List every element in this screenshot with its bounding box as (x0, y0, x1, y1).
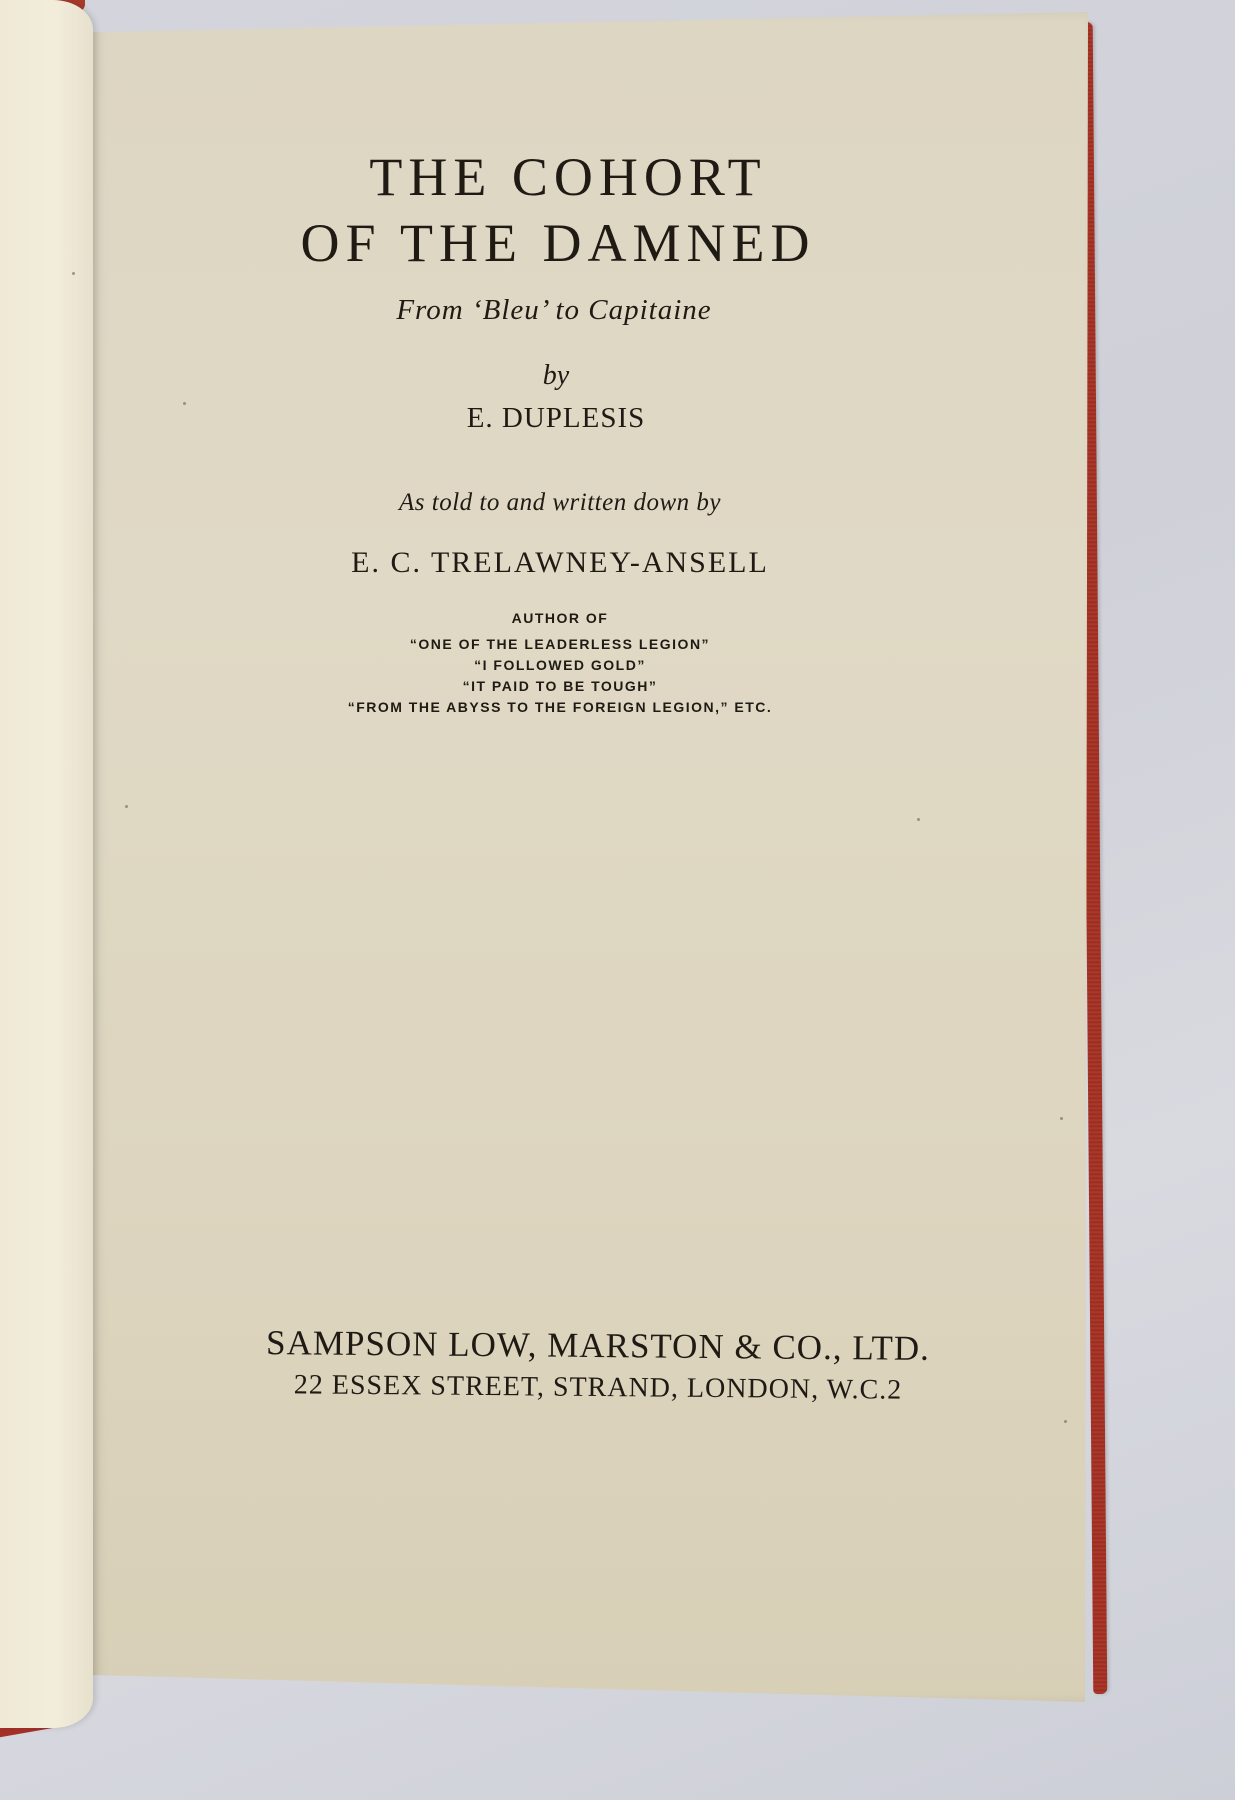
author-name: E. DUPLESIS (58, 402, 1054, 435)
paper-speck (125, 805, 128, 808)
as-told-label: As told to and written down by (62, 489, 1058, 517)
book-title-line-2: OF THE DAMNED (60, 216, 1056, 270)
book-subtitle: From ‘Bleu’ to Capitaine (56, 294, 1052, 327)
by-label: by (58, 360, 1054, 392)
paper-speck (72, 272, 75, 275)
ghost-author-name: E. C. TRELAWNEY-ANSELL (62, 546, 1058, 580)
other-work-item: “I FOLLOWED GOLD” (62, 655, 1058, 676)
other-work-item: “FROM THE ABYSS TO THE FOREIGN LEGION,” … (62, 697, 1058, 718)
other-work-item: “ONE OF THE LEADERLESS LEGION” (62, 634, 1058, 655)
book-title-line-1: THE COHORT (70, 150, 1066, 204)
paper-speck (183, 402, 186, 405)
other-works-list: “ONE OF THE LEADERLESS LEGION” “I FOLLOW… (62, 634, 1058, 718)
other-work-item: “IT PAID TO BE TOUGH” (62, 676, 1058, 697)
author-of-label: AUTHOR OF (62, 610, 1058, 626)
photo-scene: THE COHORT OF THE DAMNED From ‘Bleu’ to … (0, 0, 1235, 1800)
paper-speck (1060, 1117, 1063, 1120)
paper-speck (1064, 1420, 1067, 1423)
paper-speck (917, 818, 920, 821)
